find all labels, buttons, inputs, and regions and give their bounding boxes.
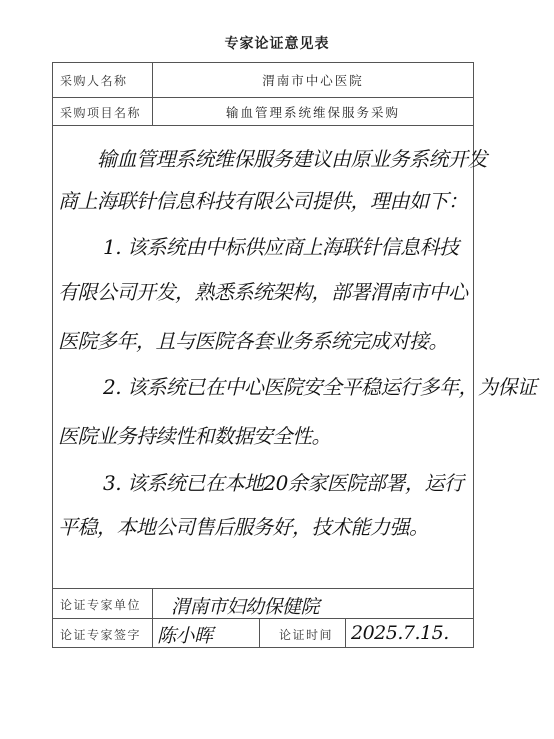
opinion-line: 平稳，本地公司售后服务好，技术能力强。 [58,511,429,540]
column-divider [345,618,346,648]
expert-signature-value: 陈小晖 [157,621,213,648]
row-divider [53,97,473,98]
opinion-line: 输血管理系统维保服务建议由原业务系统开发 [97,143,487,172]
expert-signature-label: 论证专家签字 [60,626,141,643]
review-time-value: 2025.7.15. [351,622,449,644]
row-divider [53,125,473,126]
opinion-line: 2. 该系统已在中心医院安全平稳运行多年，为保证 [103,371,536,400]
expert-unit-label: 论证专家单位 [60,596,141,613]
opinion-line: 1. 该系统由中标供应商上海联针信息科技 [103,231,458,260]
opinion-line: 医院业务持续性和数据安全性。 [58,420,331,449]
purchaser-value: 渭南市中心医院 [153,71,473,89]
review-time-label: 论证时间 [279,626,333,643]
opinion-line: 医院多年，且与医院各套业务系统完成对接。 [58,325,448,354]
row-divider [53,588,473,589]
column-divider [259,618,260,648]
opinion-line: 3. 该系统已在本地20余家医院部署，运行 [103,467,463,496]
purchaser-label: 采购人名称 [60,72,128,89]
expert-unit-value: 渭南市妇幼保健院 [171,592,319,619]
project-value: 输血管理系统维保服务采购 [153,103,473,121]
expert-opinion-table: 采购人名称 渭南市中心医院 采购项目名称 输血管理系统维保服务采购 输血管理系统… [52,62,474,648]
opinion-line: 商上海联针信息科技有限公司提供，理由如下： [58,185,468,214]
project-label: 采购项目名称 [60,104,141,121]
column-divider [152,588,153,648]
opinion-line: 有限公司开发，熟悉系统架构，部署渭南市中心 [58,276,468,305]
document-title: 专家论证意见表 [0,33,554,53]
